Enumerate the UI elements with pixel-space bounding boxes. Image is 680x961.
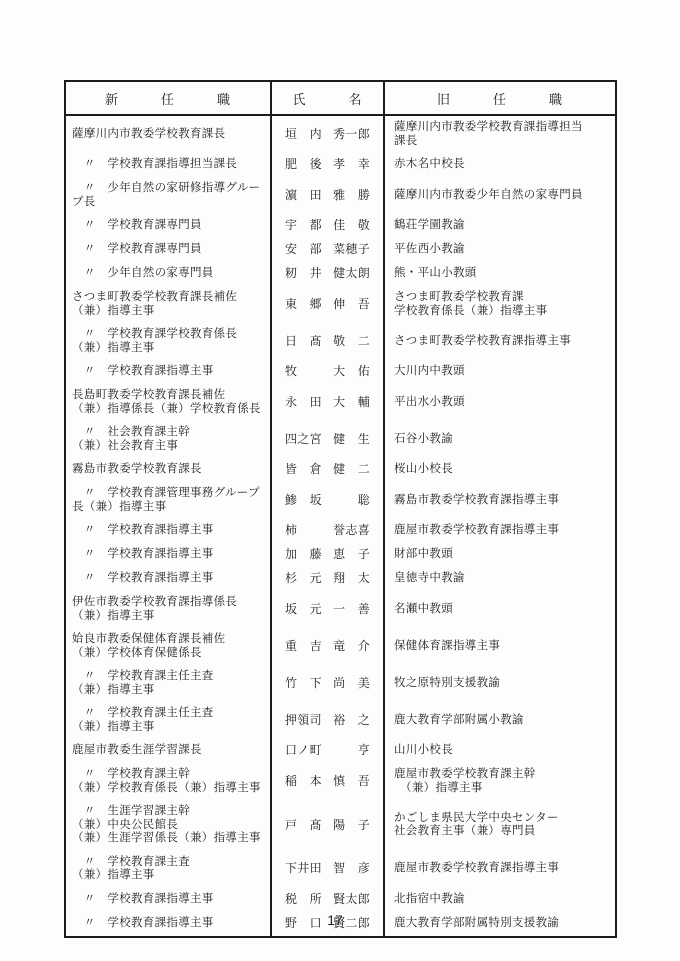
- old-position-cell: 平佐西小教諭: [383, 238, 615, 262]
- text-line: 〃 生涯学習課主幹: [72, 805, 267, 819]
- old-position-cell: さつま町教委学校教育課指導主事: [383, 323, 615, 360]
- old-position-cell: かごしま県民大学中央センター社会教育主事（兼）専門員: [383, 800, 615, 851]
- family-name: 垣 内: [285, 128, 322, 142]
- given-name: 菜穂子: [333, 243, 370, 257]
- text-line: 〃 学校教育課指導担当課長: [72, 158, 267, 172]
- family-name: 日 髙: [285, 335, 322, 349]
- name-cell: 牧 大 佑: [270, 360, 383, 384]
- text-line: 牧之原特別支援教諭: [394, 677, 612, 691]
- old-position-cell: 薩摩川内市教委学校教育課指導担当課長: [383, 116, 615, 153]
- text-line: （兼）指導主事: [72, 869, 267, 883]
- text-line: 〃 社会教育課主幹: [72, 426, 267, 440]
- given-name: 一 善: [333, 603, 370, 617]
- table-row: 〃 学校教育課主任主査（兼）指導主事 押領司 裕 之 鹿大教育学部附属小教諭: [66, 702, 615, 739]
- new-position-cell: 〃 学校教育課主査（兼）指導主事: [66, 851, 270, 888]
- table-row: 〃 学校教育課指導主事 加 藤 恵 子 財部中教頭: [66, 543, 615, 567]
- family-name: 濵 田: [285, 189, 322, 203]
- text-line: 伊佐市教委学校教育課指導係長: [72, 596, 267, 610]
- name-cell: 籾 井 健太朗: [270, 262, 383, 286]
- header-name: 氏 名: [270, 82, 383, 114]
- text-line: （兼）指導係長（兼）学校教育係長: [72, 403, 267, 417]
- family-name: 鯵 坂: [285, 494, 322, 508]
- family-name: 税 所: [285, 893, 322, 907]
- new-position-cell: 〃 学校教育課指導主事: [66, 360, 270, 384]
- family-name: 杉 元: [285, 572, 322, 586]
- table-row: 〃 学校教育課指導主事 税 所 賢太郎 北指宿中教諭: [66, 888, 615, 912]
- table-row: 〃 少年自然の家研修指導グループ長 濵 田 雅 勝 薩摩川内市教委少年自然の家専…: [66, 177, 615, 214]
- text-line: 〃 学校教育課管理事務グループ: [72, 487, 267, 501]
- old-position-cell: 大川内中教頭: [383, 360, 615, 384]
- text-line: 薩摩川内市教委学校教育課長: [72, 128, 267, 142]
- old-position-cell: 鹿屋市教委学校教育課主幹 （兼）指導主事: [383, 763, 615, 800]
- text-line: 〃 学校教育課指導主事: [72, 524, 267, 538]
- text-line: （兼）社会教育主事: [72, 440, 267, 454]
- family-name: 宇 都: [285, 219, 322, 233]
- text-line: 大川内中教頭: [394, 365, 612, 379]
- family-name: 永 田: [285, 396, 322, 410]
- text-line: （兼）中央公民館長: [72, 819, 267, 833]
- new-position-cell: 鹿屋市教委生涯学習課長: [66, 739, 270, 763]
- text-line: 長（兼）指導主事: [72, 501, 267, 515]
- name-cell: 口ノ町 亨: [270, 739, 383, 763]
- table-row: 薩摩川内市教委学校教育課長 垣 内 秀一郎 薩摩川内市教委学校教育課指導担当課長: [66, 116, 615, 153]
- given-name: 健 二: [333, 463, 370, 477]
- text-line: 鹿屋市教委生涯学習課長: [72, 744, 267, 758]
- family-name: 籾 井: [285, 267, 322, 281]
- name-cell: 稲 本 慎 吾: [270, 763, 383, 800]
- table-row: 〃 社会教育課主幹（兼）社会教育主事 四之宮 健 生 石谷小教諭: [66, 421, 615, 458]
- given-name: 誉志喜: [333, 524, 370, 538]
- given-name: 陽 子: [333, 819, 370, 833]
- new-position-cell: 〃 学校教育課主幹（兼）学校教育係長（兼）指導主事: [66, 763, 270, 800]
- text-line: 鹿大教育学部附属小教諭: [394, 714, 612, 728]
- given-name: 尚 美: [333, 677, 370, 691]
- new-position-cell: 〃 学校教育課指導主事: [66, 519, 270, 543]
- given-name: 伸 吾: [333, 298, 370, 312]
- text-line: （兼）指導主事: [394, 782, 612, 796]
- text-line: 姶良市教委保健体育課長補佐: [72, 633, 267, 647]
- text-line: 〃 学校教育課主任主査: [72, 707, 267, 721]
- new-position-cell: 〃 学校教育課専門員: [66, 214, 270, 238]
- table-row: 〃 学校教育課指導主事 杉 元 翔 太 皇徳寺中教諭: [66, 567, 615, 591]
- table-body: 薩摩川内市教委学校教育課長 垣 内 秀一郎 薩摩川内市教委学校教育課指導担当課長…: [66, 116, 615, 936]
- old-position-cell: 鹿屋市教委学校教育課指導主事: [383, 519, 615, 543]
- given-name: 大 佑: [333, 365, 370, 379]
- text-line: 〃 学校教育課指導主事: [72, 893, 267, 907]
- family-name: 下井田: [285, 862, 322, 876]
- text-line: 鹿屋市教委学校教育課指導主事: [394, 862, 612, 876]
- given-name: 亨: [358, 744, 370, 758]
- new-position-cell: 〃 少年自然の家研修指導グループ長: [66, 177, 270, 214]
- text-line: 石谷小教諭: [394, 433, 612, 447]
- text-line: 〃 学校教育課専門員: [72, 219, 267, 233]
- new-position-cell: 伊佐市教委学校教育課指導係長（兼）指導主事: [66, 591, 270, 628]
- text-line: 〃 学校教育課学校教育係長: [72, 328, 267, 342]
- text-line: （兼）指導主事: [72, 684, 267, 698]
- old-position-cell: 薩摩川内市教委少年自然の家専門員: [383, 177, 615, 214]
- given-name: 智 彦: [333, 862, 370, 876]
- table-row: 伊佐市教委学校教育課指導係長（兼）指導主事 坂 元 一 善 名瀬中教頭: [66, 591, 615, 628]
- new-position-cell: 〃 学校教育課指導主事: [66, 888, 270, 912]
- text-line: 平出水小教頭: [394, 396, 612, 410]
- table-row: 〃 学校教育課主査（兼）指導主事 下井田 智 彦 鹿屋市教委学校教育課指導主事: [66, 851, 615, 888]
- given-name: 秀一郎: [333, 128, 370, 142]
- table-row: 〃 学校教育課管理事務グループ長（兼）指導主事 鯵 坂 聡 霧島市教委学校教育課…: [66, 482, 615, 519]
- text-line: 桜山小校長: [394, 463, 612, 477]
- text-line: さつま町教委学校教育課指導主事: [394, 335, 612, 349]
- text-line: 北指宿中教諭: [394, 893, 612, 907]
- family-name: 口ノ町: [285, 744, 322, 758]
- new-position-cell: 長島町教委学校教育課長補佐（兼）指導係長（兼）学校教育係長: [66, 384, 270, 421]
- text-line: 保健体育課指導主事: [394, 640, 612, 654]
- family-name: 押領司: [285, 714, 322, 728]
- table-row: 〃 学校教育課指導主事 柿 誉志喜 鹿屋市教委学校教育課指導主事: [66, 519, 615, 543]
- given-name: 聡: [358, 494, 370, 508]
- table-header-row: 新 任 職 氏 名 旧 任 職: [66, 82, 615, 116]
- table-row: さつま町教委学校教育課長補佐（兼）指導主事 東 郷 伸 吾 さつま町教委学校教育…: [66, 286, 615, 323]
- header-new-position: 新 任 職: [66, 82, 270, 114]
- table-row: 〃 学校教育課専門員 安 部 菜穂子 平佐西小教諭: [66, 238, 615, 262]
- name-cell: 肥 後 孝 幸: [270, 153, 383, 177]
- personnel-table: 新 任 職 氏 名 旧 任 職 薩摩川内市教委学校教育課長 垣 内 秀一郎 薩摩…: [64, 80, 617, 938]
- family-name: 皆 倉: [285, 463, 322, 477]
- table-row: 〃 学校教育課専門員 宇 都 佳 敬 鶴荘学園教諭: [66, 214, 615, 238]
- name-cell: 戸 髙 陽 子: [270, 800, 383, 851]
- text-line: 社会教育主事（兼）専門員: [394, 825, 612, 839]
- given-name: 慎 吾: [333, 775, 370, 789]
- text-line: 財部中教頭: [394, 548, 612, 562]
- text-line: 皇徳寺中教諭: [394, 572, 612, 586]
- text-line: さつま町教委学校教育課: [394, 291, 612, 305]
- text-line: 〃 学校教育課主幹: [72, 768, 267, 782]
- text-line: 霧島市教委学校教育課長: [72, 463, 267, 477]
- old-position-cell: さつま町教委学校教育課学校教育係長（兼）指導主事: [383, 286, 615, 323]
- family-name: 東 郷: [285, 298, 322, 312]
- name-cell: 重 吉 竜 介: [270, 628, 383, 665]
- new-position-cell: 姶良市教委保健体育課長補佐（兼）学校体育保健係長: [66, 628, 270, 665]
- text-line: 鹿屋市教委学校教育課主幹: [394, 768, 612, 782]
- given-name: 翔 太: [333, 572, 370, 586]
- text-line: （兼）生涯学習係長（兼）指導主事: [72, 832, 267, 846]
- text-line: かごしま県民大学中央センター: [394, 812, 612, 826]
- family-name: 加 藤: [285, 548, 322, 562]
- given-name: 敬 二: [333, 335, 370, 349]
- name-cell: 東 郷 伸 吾: [270, 286, 383, 323]
- given-name: 恵 子: [333, 548, 370, 562]
- new-position-cell: 〃 学校教育課主任主査（兼）指導主事: [66, 665, 270, 702]
- new-position-cell: 〃 学校教育課専門員: [66, 238, 270, 262]
- family-name: 坂 元: [285, 603, 322, 617]
- given-name: 健太朗: [333, 267, 370, 281]
- old-position-cell: 霧島市教委学校教育課指導主事: [383, 482, 615, 519]
- old-position-cell: 石谷小教諭: [383, 421, 615, 458]
- name-cell: 税 所 賢太郎: [270, 888, 383, 912]
- text-line: （兼）指導主事: [72, 721, 267, 735]
- text-line: 学校教育係長（兼）指導主事: [394, 305, 612, 319]
- given-name: 佳 敬: [333, 219, 370, 233]
- new-position-cell: 〃 社会教育課主幹（兼）社会教育主事: [66, 421, 270, 458]
- family-name: 戸 髙: [285, 819, 322, 833]
- name-cell: 押領司 裕 之: [270, 702, 383, 739]
- text-line: 〃 学校教育課指導主事: [72, 548, 267, 562]
- old-position-cell: 北指宿中教諭: [383, 888, 615, 912]
- new-position-cell: 〃 学校教育課指導担当課長: [66, 153, 270, 177]
- text-line: 熊・平山小教頭: [394, 267, 612, 281]
- table-row: 霧島市教委学校教育課長 皆 倉 健 二 桜山小校長: [66, 458, 615, 482]
- table-row: 〃 学校教育課主幹（兼）学校教育係長（兼）指導主事 稲 本 慎 吾 鹿屋市教委学…: [66, 763, 615, 800]
- text-line: 山川小校長: [394, 744, 612, 758]
- text-line: 名瀬中教頭: [394, 603, 612, 617]
- given-name: 雅 勝: [333, 189, 370, 203]
- given-name: 賢太郎: [333, 893, 370, 907]
- given-name: 裕 之: [333, 714, 370, 728]
- text-line: 霧島市教委学校教育課指導主事: [394, 494, 612, 508]
- family-name: 安 部: [285, 243, 322, 257]
- table-row: 〃 学校教育課指導主事 牧 大 佑 大川内中教頭: [66, 360, 615, 384]
- document-page: { "page": { "number": "17" }, "table": {…: [0, 0, 680, 961]
- name-cell: 永 田 大 輔: [270, 384, 383, 421]
- table-row: 〃 少年自然の家専門員 籾 井 健太朗 熊・平山小教頭: [66, 262, 615, 286]
- page-number: 17: [0, 912, 670, 928]
- text-line: 〃 学校教育課専門員: [72, 243, 267, 257]
- text-line: 〃 少年自然の家専門員: [72, 267, 267, 281]
- name-cell: 坂 元 一 善: [270, 591, 383, 628]
- new-position-cell: 〃 学校教育課主任主査（兼）指導主事: [66, 702, 270, 739]
- new-position-cell: 〃 生涯学習課主幹（兼）中央公民館長（兼）生涯学習係長（兼）指導主事: [66, 800, 270, 851]
- new-position-cell: 〃 学校教育課学校教育係長（兼）指導主事: [66, 323, 270, 360]
- table-row: 長島町教委学校教育課長補佐（兼）指導係長（兼）学校教育係長 永 田 大 輔 平出…: [66, 384, 615, 421]
- new-position-cell: 〃 学校教育課管理事務グループ長（兼）指導主事: [66, 482, 270, 519]
- table-row: 〃 学校教育課指導担当課長 肥 後 孝 幸 赤木名中校長: [66, 153, 615, 177]
- old-position-cell: 熊・平山小教頭: [383, 262, 615, 286]
- name-cell: 柿 誉志喜: [270, 519, 383, 543]
- old-position-cell: 鶴荘学園教諭: [383, 214, 615, 238]
- text-line: さつま町教委学校教育課長補佐: [72, 291, 267, 305]
- given-name: 孝 幸: [333, 158, 370, 172]
- name-cell: 濵 田 雅 勝: [270, 177, 383, 214]
- table-row: 姶良市教委保健体育課長補佐（兼）学校体育保健係長 重 吉 竜 介 保健体育課指導…: [66, 628, 615, 665]
- text-line: （兼）指導主事: [72, 305, 267, 319]
- old-position-cell: 保健体育課指導主事: [383, 628, 615, 665]
- family-name: 稲 本: [285, 775, 322, 789]
- family-name: 柿: [285, 524, 297, 538]
- text-line: 〃 学校教育課主査: [72, 856, 267, 870]
- old-position-cell: 赤木名中校長: [383, 153, 615, 177]
- given-name: 大 輔: [333, 396, 370, 410]
- text-line: 鶴荘学園教諭: [394, 219, 612, 233]
- family-name: 重 吉: [285, 640, 322, 654]
- text-line: （兼）学校体育保健係長: [72, 647, 267, 661]
- new-position-cell: 薩摩川内市教委学校教育課長: [66, 116, 270, 153]
- name-cell: 日 髙 敬 二: [270, 323, 383, 360]
- old-position-cell: 山川小校長: [383, 739, 615, 763]
- text-line: 鹿屋市教委学校教育課指導主事: [394, 524, 612, 538]
- text-line: （兼）学校教育係長（兼）指導主事: [72, 782, 267, 796]
- family-name: 牧: [285, 365, 297, 379]
- text-line: 〃 少年自然の家研修指導グルー: [72, 182, 267, 196]
- text-line: 〃 学校教育課主任主査: [72, 670, 267, 684]
- old-position-cell: 財部中教頭: [383, 543, 615, 567]
- old-position-cell: 平出水小教頭: [383, 384, 615, 421]
- text-line: プ長: [72, 196, 267, 210]
- name-cell: 皆 倉 健 二: [270, 458, 383, 482]
- text-line: 平佐西小教諭: [394, 243, 612, 257]
- old-position-cell: 皇徳寺中教諭: [383, 567, 615, 591]
- new-position-cell: 〃 学校教育課指導主事: [66, 543, 270, 567]
- name-cell: 安 部 菜穂子: [270, 238, 383, 262]
- given-name: 健 生: [333, 433, 370, 447]
- new-position-cell: 〃 学校教育課指導主事: [66, 567, 270, 591]
- name-cell: 下井田 智 彦: [270, 851, 383, 888]
- text-line: （兼）指導主事: [72, 610, 267, 624]
- name-cell: 四之宮 健 生: [270, 421, 383, 458]
- table-row: 〃 学校教育課主任主査（兼）指導主事 竹 下 尚 美 牧之原特別支援教諭: [66, 665, 615, 702]
- text-line: 赤木名中校長: [394, 158, 612, 172]
- given-name: 竜 介: [333, 640, 370, 654]
- name-cell: 加 藤 恵 子: [270, 543, 383, 567]
- header-old-position: 旧 任 職: [383, 82, 615, 114]
- text-line: 〃 学校教育課指導主事: [72, 572, 267, 586]
- old-position-cell: 牧之原特別支援教諭: [383, 665, 615, 702]
- family-name: 竹 下: [285, 677, 322, 691]
- table-row: 鹿屋市教委生涯学習課長 口ノ町 亨 山川小校長: [66, 739, 615, 763]
- new-position-cell: 〃 少年自然の家専門員: [66, 262, 270, 286]
- old-position-cell: 鹿大教育学部附属小教諭: [383, 702, 615, 739]
- new-position-cell: さつま町教委学校教育課長補佐（兼）指導主事: [66, 286, 270, 323]
- old-position-cell: 名瀬中教頭: [383, 591, 615, 628]
- name-cell: 垣 内 秀一郎: [270, 116, 383, 153]
- old-position-cell: 桜山小校長: [383, 458, 615, 482]
- old-position-cell: 鹿屋市教委学校教育課指導主事: [383, 851, 615, 888]
- name-cell: 竹 下 尚 美: [270, 665, 383, 702]
- name-cell: 宇 都 佳 敬: [270, 214, 383, 238]
- table-row: 〃 生涯学習課主幹（兼）中央公民館長（兼）生涯学習係長（兼）指導主事 戸 髙 陽…: [66, 800, 615, 851]
- name-cell: 鯵 坂 聡: [270, 482, 383, 519]
- family-name: 肥 後: [285, 158, 322, 172]
- text-line: 課長: [394, 135, 612, 149]
- text-line: 薩摩川内市教委学校教育課指導担当: [394, 121, 612, 135]
- new-position-cell: 霧島市教委学校教育課長: [66, 458, 270, 482]
- text-line: 薩摩川内市教委少年自然の家専門員: [394, 189, 612, 203]
- table-row: 〃 学校教育課学校教育係長（兼）指導主事 日 髙 敬 二 さつま町教委学校教育課…: [66, 323, 615, 360]
- text-line: （兼）指導主事: [72, 342, 267, 356]
- text-line: 〃 学校教育課指導主事: [72, 365, 267, 379]
- text-line: 長島町教委学校教育課長補佐: [72, 389, 267, 403]
- family-name: 四之宮: [285, 433, 322, 447]
- name-cell: 杉 元 翔 太: [270, 567, 383, 591]
